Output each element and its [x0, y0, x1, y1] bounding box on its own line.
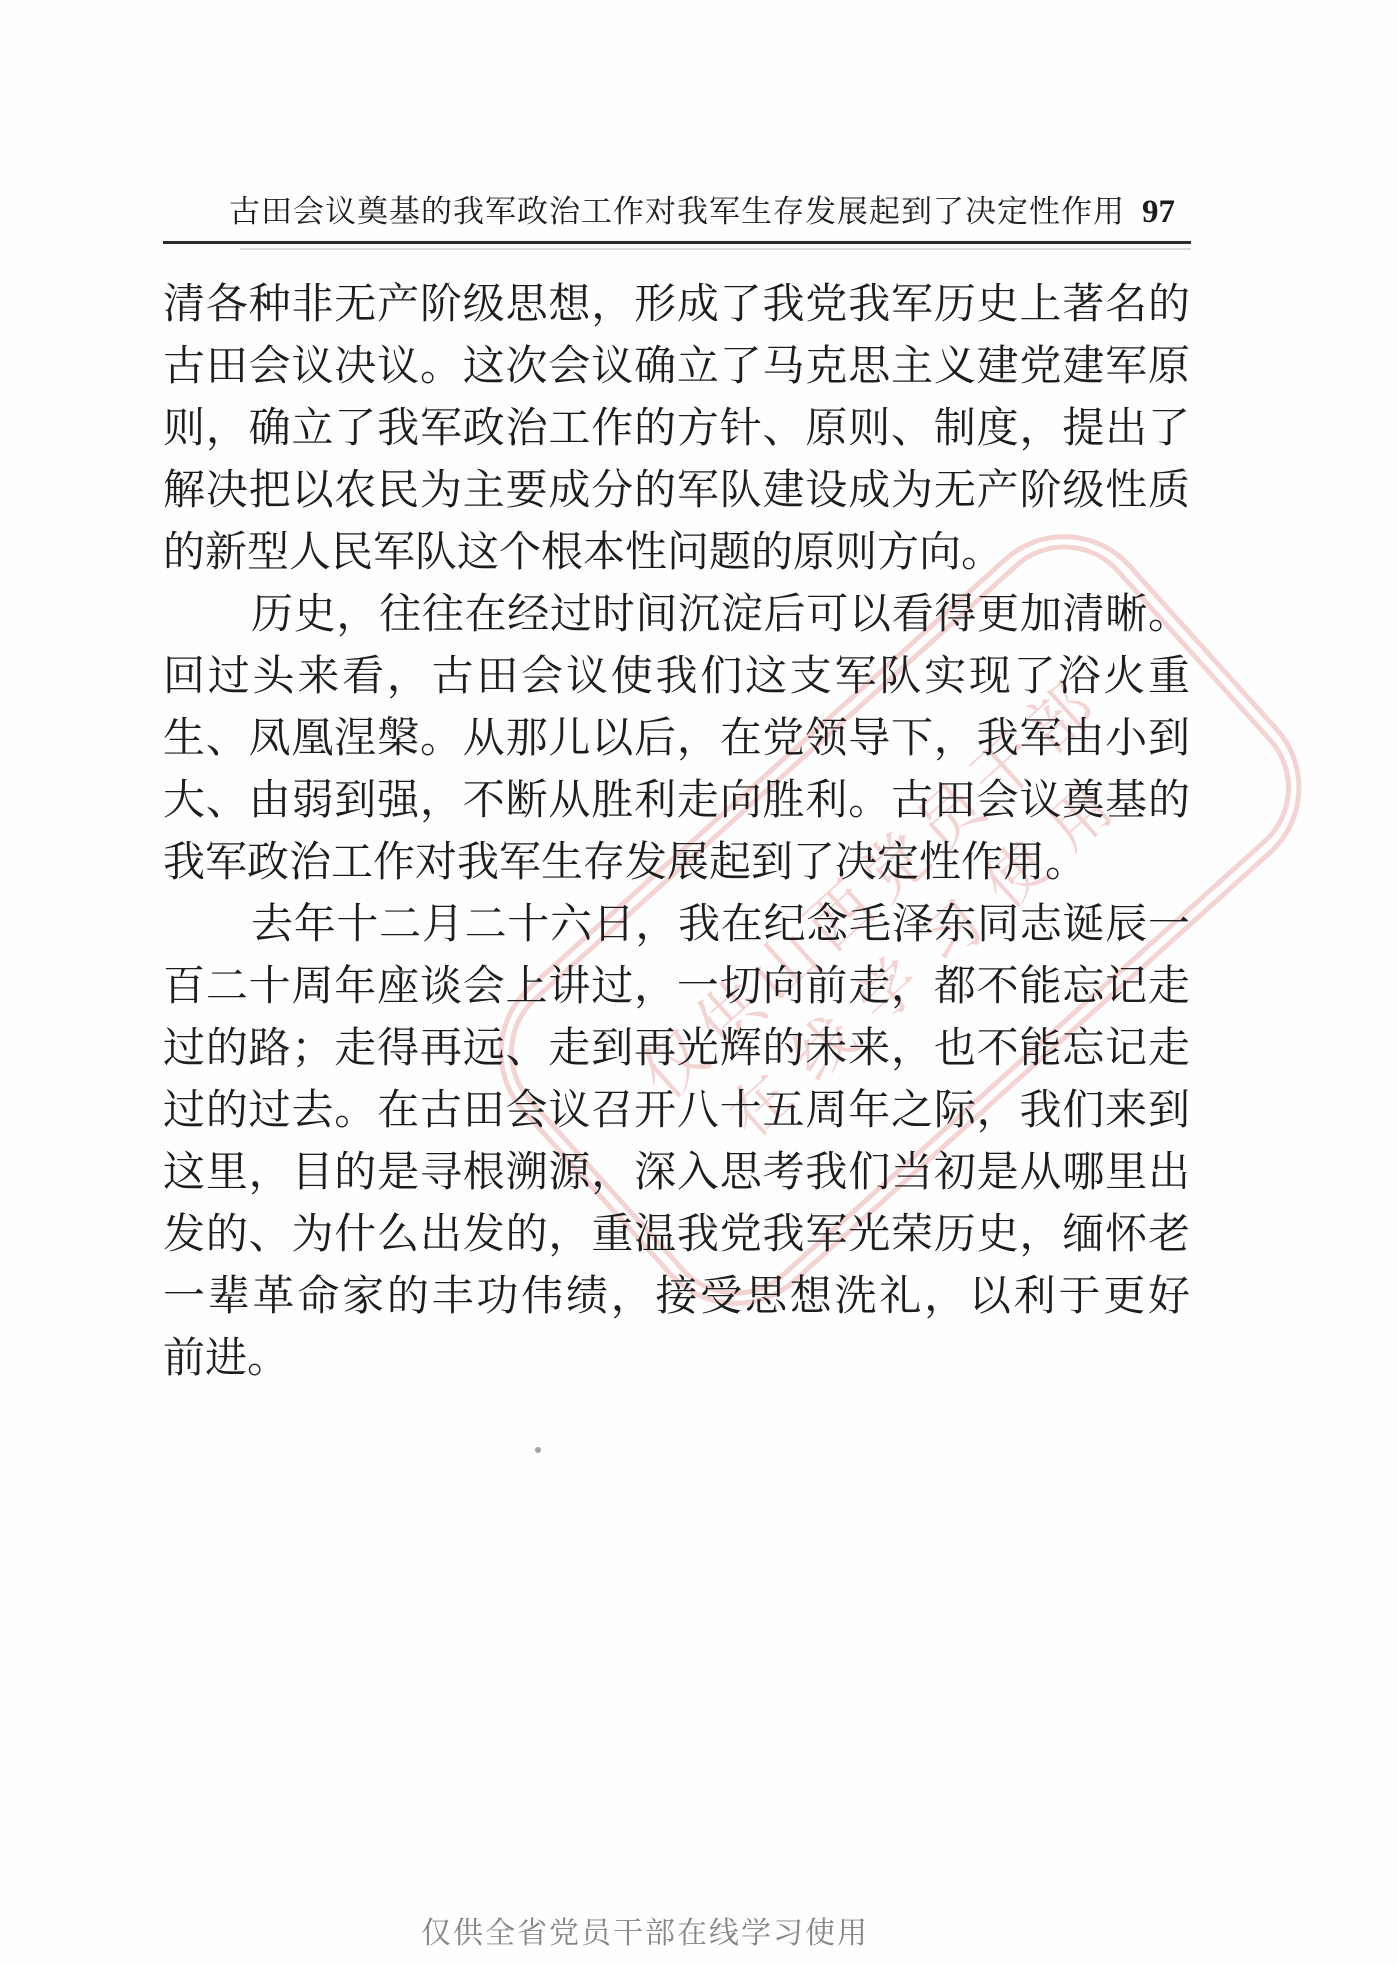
header-rule	[163, 241, 1191, 244]
body-line: 生、凤凰涅槃。从那儿以后，在党领导下，我军由小到	[163, 708, 1190, 770]
body-line: 过的过去。在古田会议召开八十五周年之际，我们来到	[163, 1080, 1190, 1142]
page: 古田会议奠基的我军政治工作对我军生存发展起到了决定性作用 97 仅供山西党员干部…	[0, 0, 1398, 1965]
body-line: 百二十周年座谈会上讲过，一切向前走，都不能忘记走	[163, 956, 1190, 1018]
body-line: 一辈革命家的丰功伟绩，接受思想洗礼，以利于更好	[163, 1266, 1190, 1328]
footer-note: 仅供全省党员干部在线学习使用	[0, 1908, 1290, 1952]
header-title: 古田会议奠基的我军政治工作对我军生存发展起到了决定性作用	[163, 190, 1191, 234]
body-line: 前进。	[163, 1328, 1190, 1390]
header-rule-scan-ghost	[240, 248, 1191, 250]
body-line: 去年十二月二十六日，我在纪念毛泽东同志诞辰一	[163, 894, 1190, 956]
page-header: 古田会议奠基的我军政治工作对我军生存发展起到了决定性作用 97	[163, 190, 1191, 234]
body-line: 回过头来看，古田会议使我们这支军队实现了浴火重	[163, 646, 1190, 708]
body-line: 的新型人民军队这个根本性问题的原则方向。	[163, 522, 1190, 584]
body-line: 我军政治工作对我军生存发展起到了决定性作用。	[163, 832, 1190, 894]
body-line: 这里，目的是寻根溯源，深入思考我们当初是从哪里出	[163, 1142, 1190, 1204]
body-line: 历史，往往在经过时间沉淀后可以看得更加清晰。	[163, 584, 1190, 646]
body-line: 清各种非无产阶级思想，形成了我党我军历史上著名的	[163, 274, 1190, 336]
body-line: 大、由弱到强，不断从胜利走向胜利。古田会议奠基的	[163, 770, 1190, 832]
scan-speck	[710, 1222, 715, 1227]
body-line: 解决把以农民为主要成分的军队建设成为无产阶级性质	[163, 460, 1190, 522]
page-number: 97	[1142, 190, 1175, 234]
body-text: 清各种非无产阶级思想，形成了我党我军历史上著名的 古田会议决议。这次会议确立了马…	[163, 274, 1190, 1390]
body-line: 古田会议决议。这次会议确立了马克思主义建党建军原	[163, 336, 1190, 398]
body-line: 则，确立了我军政治工作的方针、原则、制度，提出了	[163, 398, 1190, 460]
body-line: 发的、为什么出发的，重温我党我军光荣历史，缅怀老	[163, 1204, 1190, 1266]
body-line: 过的路；走得再远、走到再光辉的未来，也不能忘记走	[163, 1018, 1190, 1080]
scan-speck	[535, 1447, 541, 1453]
